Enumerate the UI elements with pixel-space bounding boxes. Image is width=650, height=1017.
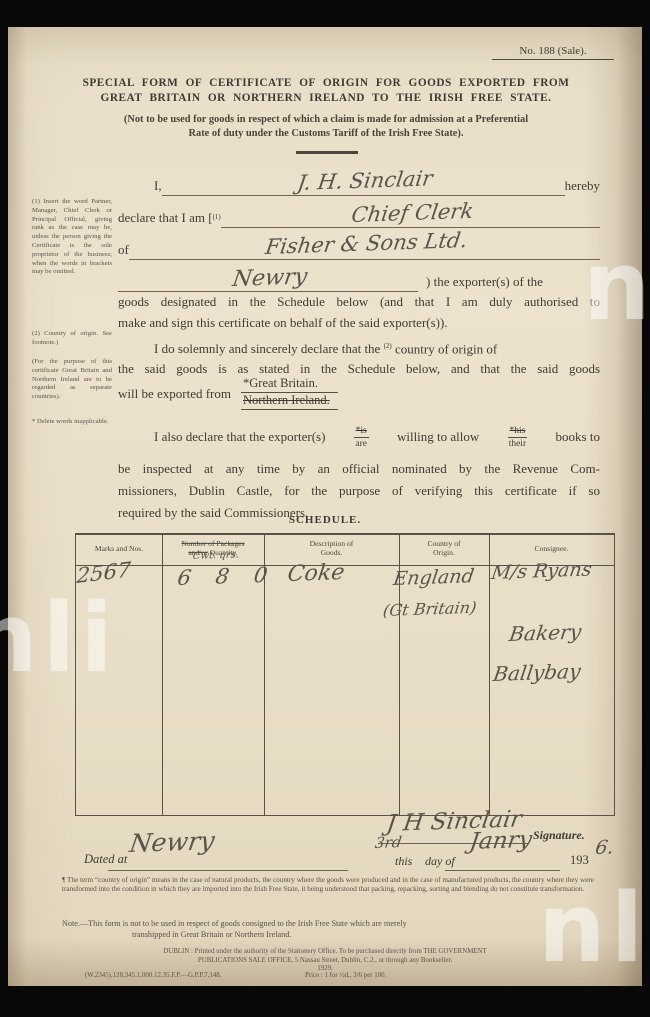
year-printed: 193 [570, 853, 589, 868]
form-title: SPECIAL FORM OF CERTIFICATE OF ORIGIN FO… [52, 76, 600, 106]
form-subtitle: (Not to be used for goods in respect of … [72, 113, 580, 141]
their-kept: their [509, 438, 526, 449]
table-vline-1 [162, 535, 163, 815]
row-description-handwritten: Coke [286, 562, 346, 586]
declaration-line-3: of Fisher & Sons Ltd. [118, 234, 600, 260]
row-consignee-handwritten-l1: M/s Ryans [490, 561, 593, 583]
are-kept: are [355, 438, 367, 449]
col-header-description-l2: Goods. [321, 548, 343, 557]
form-subtitle-line2: Rate of duty under the Customs Tariff of… [189, 128, 464, 139]
hereby-label: hereby [565, 175, 600, 196]
note-line-2: transhipped in Great Britain or Northern… [132, 930, 532, 939]
declare-prefix: declare that I am [ [118, 207, 213, 228]
dated-place-handwritten: Newry [128, 828, 216, 856]
declaration-line-2: declare that I am [ (1) Chief Clerk [118, 202, 600, 228]
footnote-ref-1: (1) [213, 207, 221, 228]
declaration-line-5: goods designated in the Schedule below (… [118, 291, 600, 312]
para3-line-3: missioners, Dublin Castle, for the purpo… [118, 480, 600, 501]
form-number: No. 188 (Sale). [492, 45, 614, 60]
handwritten-role: Chief Clerk [350, 201, 475, 226]
row-origin-handwritten-l1: England [392, 567, 475, 589]
para2-line-1: I do solemnly and sincerely declare that… [118, 336, 600, 359]
is-struck: *is [354, 426, 369, 438]
margin-note-2b: (For the purpose of this certificate Gre… [32, 358, 112, 402]
row-quantity-unit-handwritten: Cwt. qrs. [192, 550, 240, 562]
exporter-suffix: ) the exporter(s) of the [426, 271, 543, 292]
signature-label: Signature. [533, 828, 585, 843]
para3-line-2: be inspected at any time by an official … [118, 458, 600, 479]
para3-line-1: I also declare that the exporter(s) *is … [118, 422, 600, 450]
place-fill-line: Newry [118, 271, 418, 292]
declaration-line-6: make and sign this certificate on behalf… [118, 312, 600, 333]
row-quantity-handwritten: 6 8 0 [176, 565, 278, 589]
note-line-1: Note.—This form is not to be used in res… [62, 919, 594, 929]
margin-note-1: (1) Insert the word Partner, Manager, Ch… [32, 198, 112, 277]
month-handwritten: Janry [468, 829, 533, 854]
export-origin-choice: *Great Britain. Northern Ireland. [241, 376, 338, 410]
declaration-line-4: Newry ) the exporter(s) of the [118, 266, 600, 292]
imprint-print-code: (W.2345).128,345.1,000.12.35.F.P.—G.P.P.… [85, 972, 221, 981]
para3-seg1: I also declare that the exporter(s) [154, 426, 325, 447]
schedule-heading: SCHEDULE. [0, 514, 650, 526]
handwritten-name: J. H. Sinclair [296, 168, 434, 194]
col-header-quantity-struck1: Number of Packages [181, 539, 244, 548]
form-title-line2: GREAT BRITAIN OR NORTHERN IRELAND TO THE… [101, 92, 552, 104]
col-header-origin-l2: Origin. [433, 548, 455, 557]
country-of-origin-footnote: ¶ The term “country of origin” means in … [62, 876, 594, 894]
footnote-ref-2: (2) [384, 342, 392, 350]
margin-note-2a: (2) Country of origin. See footnote.) [32, 330, 112, 348]
row-origin-handwritten-l2: (Gt Britain) [382, 600, 477, 619]
of-label: of [118, 239, 129, 260]
handwritten-place: Newry [231, 266, 309, 291]
company-fill-line: Fisher & Sons Ltd. [129, 239, 600, 260]
his-struck: *his [508, 426, 528, 438]
para3-seg3: books to [556, 426, 600, 447]
export-origin-kept: *Great Britain. [241, 376, 338, 393]
his-their-choice: *his their [508, 426, 528, 449]
year-handwritten: 6. [594, 838, 615, 858]
dated-at-label: Dated at [84, 852, 127, 867]
para2-line-3: will be exported from *Great Britain. No… [118, 374, 600, 412]
declaration-line-1: I, J. H. Sinclair hereby [118, 170, 600, 196]
row-consignee-handwritten-l2: Bakery [508, 622, 583, 644]
form-title-line1: SPECIAL FORM OF CERTIFICATE OF ORIGIN FO… [83, 77, 570, 89]
month-rule [445, 870, 560, 871]
imprint-price: Price : 1 for ½d., 3/6 per 100. [305, 972, 386, 981]
dated-place-rule [108, 870, 348, 871]
para3-seg2: willing to allow [397, 426, 479, 447]
scanned-document-page: No. 188 (Sale). SPECIAL FORM OF CERTIFIC… [0, 0, 650, 1017]
this-label: this [395, 854, 412, 869]
day-of-label: day of [425, 854, 455, 869]
handwritten-company: Fisher & Sons Ltd. [264, 230, 469, 258]
para2-line1a: I do solemnly and sincerely declare that… [154, 341, 380, 356]
form-subtitle-line1: (Not to be used for goods in respect of … [124, 114, 528, 125]
margin-note-2c: * Delete words inapplicable. [32, 418, 112, 427]
name-fill-line: J. H. Sinclair [162, 175, 565, 196]
title-divider-rule [296, 151, 358, 154]
para2-line1b: country of origin of [395, 341, 497, 356]
row-consignee-handwritten-l3: Ballybay [492, 661, 582, 684]
i-label: I, [154, 175, 162, 196]
col-header-origin: Country of Origin. [399, 535, 489, 565]
col-header-origin-l1: Country of [427, 539, 460, 548]
export-origin-struck: Northern Ireland. [241, 393, 338, 410]
day-handwritten: 3rd [374, 835, 403, 851]
is-are-choice: *is are [354, 426, 369, 449]
exported-from-prefix: will be exported from [118, 383, 231, 404]
col-header-description-l1: Description of [310, 539, 354, 548]
role-fill-line: Chief Clerk [221, 207, 600, 228]
imprint-line-1: DUBLIN : Printed under the authority of … [60, 948, 590, 957]
